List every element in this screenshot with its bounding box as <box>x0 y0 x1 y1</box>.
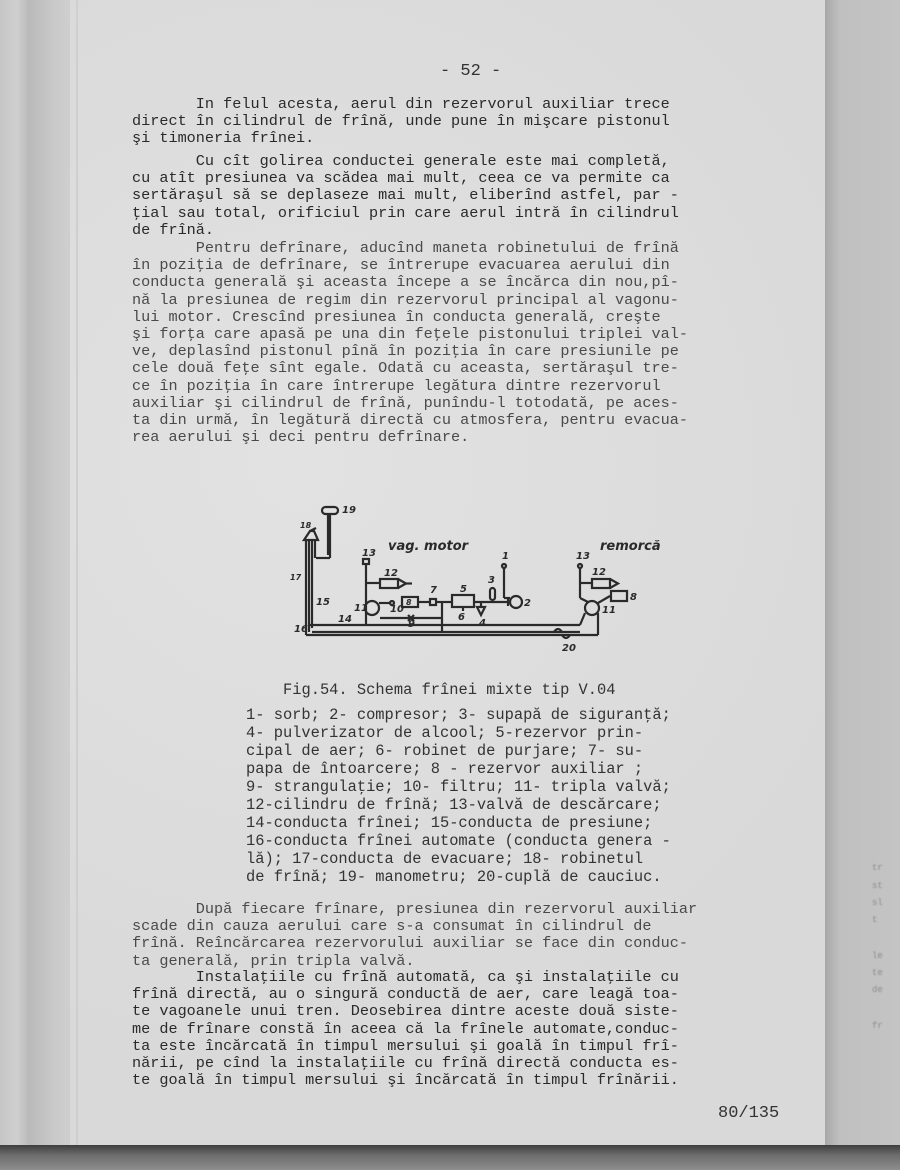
adjacent-page-fragment: sl <box>872 897 898 909</box>
svg-text:12: 12 <box>592 567 606 578</box>
text-line: rea aerului şi deci pentru defrînare. <box>132 429 812 446</box>
page-fold-line <box>76 0 78 1150</box>
text-line: ta din urmă, în legătură directă cu atmo… <box>132 412 812 429</box>
scanner-bed-left <box>0 0 28 1170</box>
legend-line: cipal de aer; 6- robinet de purjare; 7- … <box>246 742 726 760</box>
paragraph-2: Cu cît golirea conductei generale este m… <box>132 153 812 239</box>
text-line: Cu cît golirea conductei generale este m… <box>132 153 812 170</box>
text-line: ţial sau total, orificiul prin care aeru… <box>132 205 812 222</box>
text-line: conducta generală şi aceasta începe a se… <box>132 274 812 291</box>
text-line: de frînă. <box>132 222 812 239</box>
svg-text:vag. motor: vag. motor <box>388 539 470 554</box>
adjacent-page-fragment: le <box>872 950 898 962</box>
svg-text:13: 13 <box>576 551 590 562</box>
page-number-header: - 52 - <box>440 62 501 81</box>
text-line: în poziţia de defrînare, se întrerupe ev… <box>132 257 812 274</box>
svg-text:10: 10 <box>390 604 404 615</box>
adjacent-page-fragment: fr <box>872 1020 898 1032</box>
svg-text:12: 12 <box>384 568 398 579</box>
legend-line: 4- pulverizator de alcool; 5-rezervor pr… <box>246 724 726 742</box>
text-line: te vagoanele unui tren. Deosebirea dintr… <box>132 1003 812 1020</box>
paragraph-5: Instalaţiile cu frînă automată, ca şi in… <box>132 969 812 1089</box>
svg-text:19: 19 <box>342 505 356 516</box>
svg-text:2: 2 <box>524 598 531 609</box>
svg-text:remorcă: remorcă <box>600 539 661 554</box>
figure-legend: 1- sorb; 2- compresor; 3- supapă de sigu… <box>246 706 726 886</box>
text-line: şi forţa care apasă pe una din feţele pi… <box>132 326 812 343</box>
svg-text:8: 8 <box>406 598 412 607</box>
adjacent-page-fragment: de <box>872 984 898 996</box>
svg-text:11: 11 <box>602 605 616 616</box>
text-line: ce în poziţia în care întrerupe legătura… <box>132 378 812 395</box>
legend-line: 9- strangulaţie; 10- filtru; 11- tripla … <box>246 778 726 796</box>
svg-text:11: 11 <box>354 603 368 614</box>
svg-text:1: 1 <box>502 551 509 562</box>
text-line: frînă. Reîncărcarea rezervorului auxilia… <box>132 935 812 952</box>
text-line: me de frînare constă în aceea că la frîn… <box>132 1021 812 1038</box>
legend-line: de frînă; 19- manometru; 20-cuplă de cau… <box>246 868 726 886</box>
text-line: direct în cilindrul de frînă, unde pune … <box>132 113 812 130</box>
legend-line: 1- sorb; 2- compresor; 3- supapă de sigu… <box>246 706 726 724</box>
text-line: auxiliar şi cilindrul de frînă, punîndu-… <box>132 395 812 412</box>
paragraph-3: Pentru defrînare, aducînd maneta robinet… <box>132 240 812 446</box>
scanner-bed-bottom <box>0 1145 900 1170</box>
svg-text:6: 6 <box>458 612 465 623</box>
text-line: După fiecare frînare, presiunea din reze… <box>132 901 812 918</box>
text-line: ve, deplasînd pistonul pînă în poziţia î… <box>132 343 812 360</box>
svg-text:4: 4 <box>478 618 486 629</box>
svg-text:7: 7 <box>430 585 437 596</box>
paragraph-1: In felul acesta, aerul din rezervorul au… <box>132 96 812 148</box>
text-line: frînă directă, au o singură conductă de … <box>132 986 812 1003</box>
legend-line: papa de întoarcere; 8 - rezervor auxilia… <box>246 760 726 778</box>
text-line: şi timoneria frînei. <box>132 130 812 147</box>
svg-text:20: 20 <box>562 643 576 654</box>
text-line: nării, pe cînd la instalaţiile cu frînă … <box>132 1055 812 1072</box>
legend-line: lă); 17-conducta de evacuare; 18- robine… <box>246 850 726 868</box>
adjacent-page-fragment: st <box>872 880 898 892</box>
brake-schematic-diagram: 19 18 17 15 16 14 11 13 12 10 8 9 7 5 6 … <box>280 495 680 665</box>
adjacent-page-fragment: te <box>872 967 898 979</box>
text-line: cele două feţe sînt egale. Odată cu acea… <box>132 360 812 377</box>
adjacent-page-fragment: tr <box>872 862 898 874</box>
legend-line: 14-conducta frînei; 15-conducta de presi… <box>246 814 726 832</box>
text-line: ta este încărcată în timpul mersului şi … <box>132 1038 812 1055</box>
svg-text:13: 13 <box>362 548 376 559</box>
svg-text:16: 16 <box>294 624 308 635</box>
text-line: Pentru defrînare, aducînd maneta robinet… <box>132 240 812 257</box>
svg-text:9: 9 <box>408 619 415 630</box>
text-line: cu atît presiunea va scădea mai mult, ce… <box>132 170 812 187</box>
legend-line: 16-conducta frînei automate (conducta ge… <box>246 832 726 850</box>
page-counter-footer: 80/135 <box>718 1104 779 1123</box>
text-line: nă la presiunea de regim din rezervorul … <box>132 292 812 309</box>
svg-text:15: 15 <box>316 597 330 608</box>
text-line: lui motor. Crescînd presiunea în conduct… <box>132 309 812 326</box>
svg-text:3: 3 <box>488 575 495 586</box>
adjacent-page-fragment: t <box>872 914 898 926</box>
text-line: Instalaţiile cu frînă automată, ca şi in… <box>132 969 812 986</box>
svg-text:18: 18 <box>300 521 312 530</box>
svg-text:14: 14 <box>338 614 352 625</box>
text-line: sertăraşul să se deplaseze mai mult, eli… <box>132 187 812 204</box>
text-line: te goală în timpul mersului şi încărcată… <box>132 1072 812 1089</box>
text-line: In felul acesta, aerul din rezervorul au… <box>132 96 812 113</box>
paragraph-4: După fiecare frînare, presiunea din reze… <box>132 901 812 970</box>
svg-text:17: 17 <box>290 573 302 582</box>
text-line: scade din cauza aerului care s-a consuma… <box>132 918 812 935</box>
svg-text:8: 8 <box>630 592 637 603</box>
svg-text:5: 5 <box>460 584 467 595</box>
figure-caption-title: Fig.54. Schema frînei mixte tip V.04 <box>283 681 616 699</box>
legend-line: 12-cilindru de frînă; 13-valvă de descăr… <box>246 796 726 814</box>
